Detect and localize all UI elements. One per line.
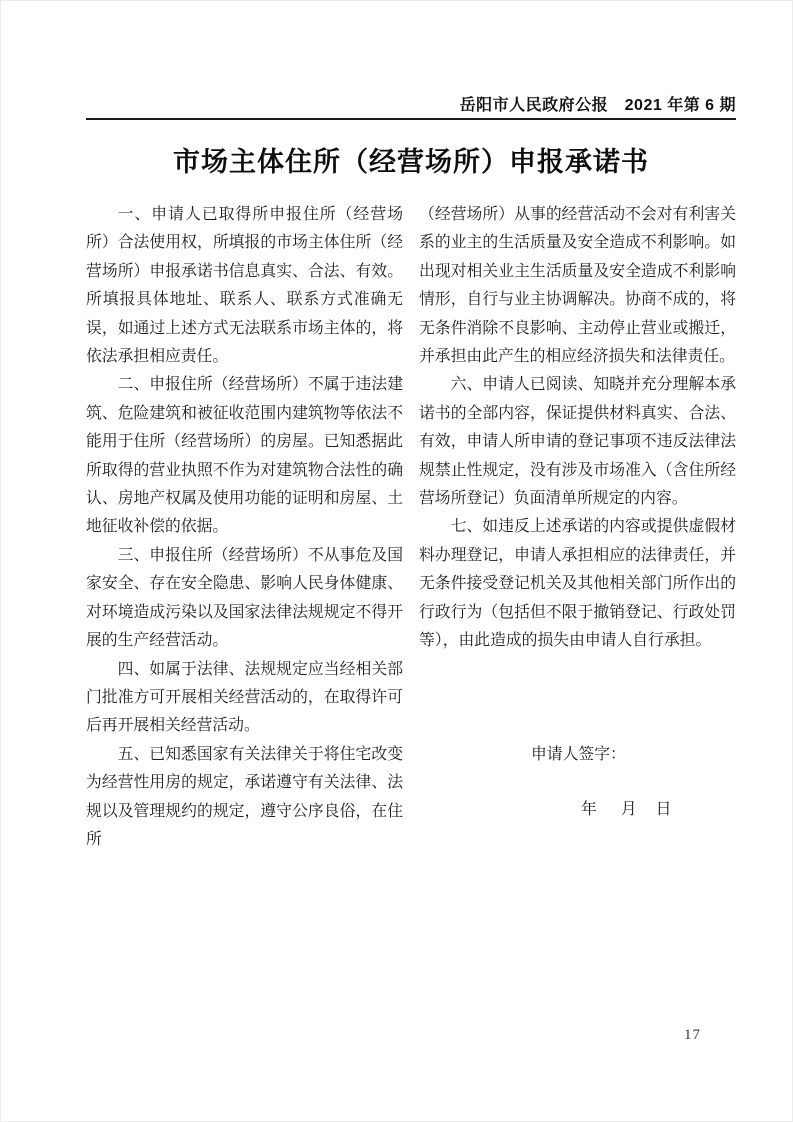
document-title: 市场主体住所（经营场所）申报承诺书 [86, 140, 736, 179]
paragraph-5-continued: （经营场所）从事的经营活动不会对有利害关系的业主的生活质量及安全造成不利影响。如… [419, 201, 736, 371]
date-month-label: 月 [621, 796, 637, 824]
applicant-signature-label: 申请人签字： [419, 741, 736, 769]
paragraph-6: 六、申请人已阅读、知晓并充分理解本承诺书的全部内容，保证提供材料真实、合法、有效… [419, 371, 736, 513]
right-column: （经营场所）从事的经营活动不会对有利害关系的业主的生活质量及安全造成不利影响。如… [419, 201, 736, 854]
gazette-page: 岳阳市人民政府公报 2021 年第 6 期 市场主体住所（经营场所）申报承诺书 … [0, 0, 793, 1122]
paragraph-7: 七、如违反上述承诺的内容或提供虚假材料办理登记，申请人承担相应的法律责任，并无条… [419, 513, 736, 655]
header-rule [86, 118, 736, 120]
body-columns: 一、申请人已取得所申报住所（经营场所）合法使用权，所填报的市场主体住所（经营场所… [86, 201, 736, 854]
paragraph-3: 三、申报住所（经营场所）不从事危及国家安全、存在安全隐患、影响人民身体健康、对环… [86, 542, 403, 656]
paragraph-5: 五、已知悉国家有关法律关于将住宅改变为经营性用房的规定，承诺遵守有关法律、法规以… [86, 741, 403, 855]
signature-date-line: 年月日 [419, 796, 736, 824]
paragraph-4: 四、如属于法律、法规规定应当经相关部门批准方可开展相关经营活动的，在取得许可后再… [86, 656, 403, 741]
signature-block: 申请人签字： 年月日 [419, 741, 736, 825]
paragraph-1: 一、申请人已取得所申报住所（经营场所）合法使用权，所填报的市场主体住所（经营场所… [86, 201, 403, 371]
paragraph-2: 二、申报住所（经营场所）不属于违法建筑、危险建筑和被征收范围内建筑物等依法不能用… [86, 371, 403, 541]
gazette-header: 岳阳市人民政府公报 2021 年第 6 期 [86, 92, 736, 115]
date-day-label: 日 [656, 796, 672, 824]
left-column: 一、申请人已取得所申报住所（经营场所）合法使用权，所填报的市场主体住所（经营场所… [86, 201, 403, 854]
page-number: 17 [684, 1027, 701, 1044]
date-year-label: 年 [581, 796, 597, 824]
